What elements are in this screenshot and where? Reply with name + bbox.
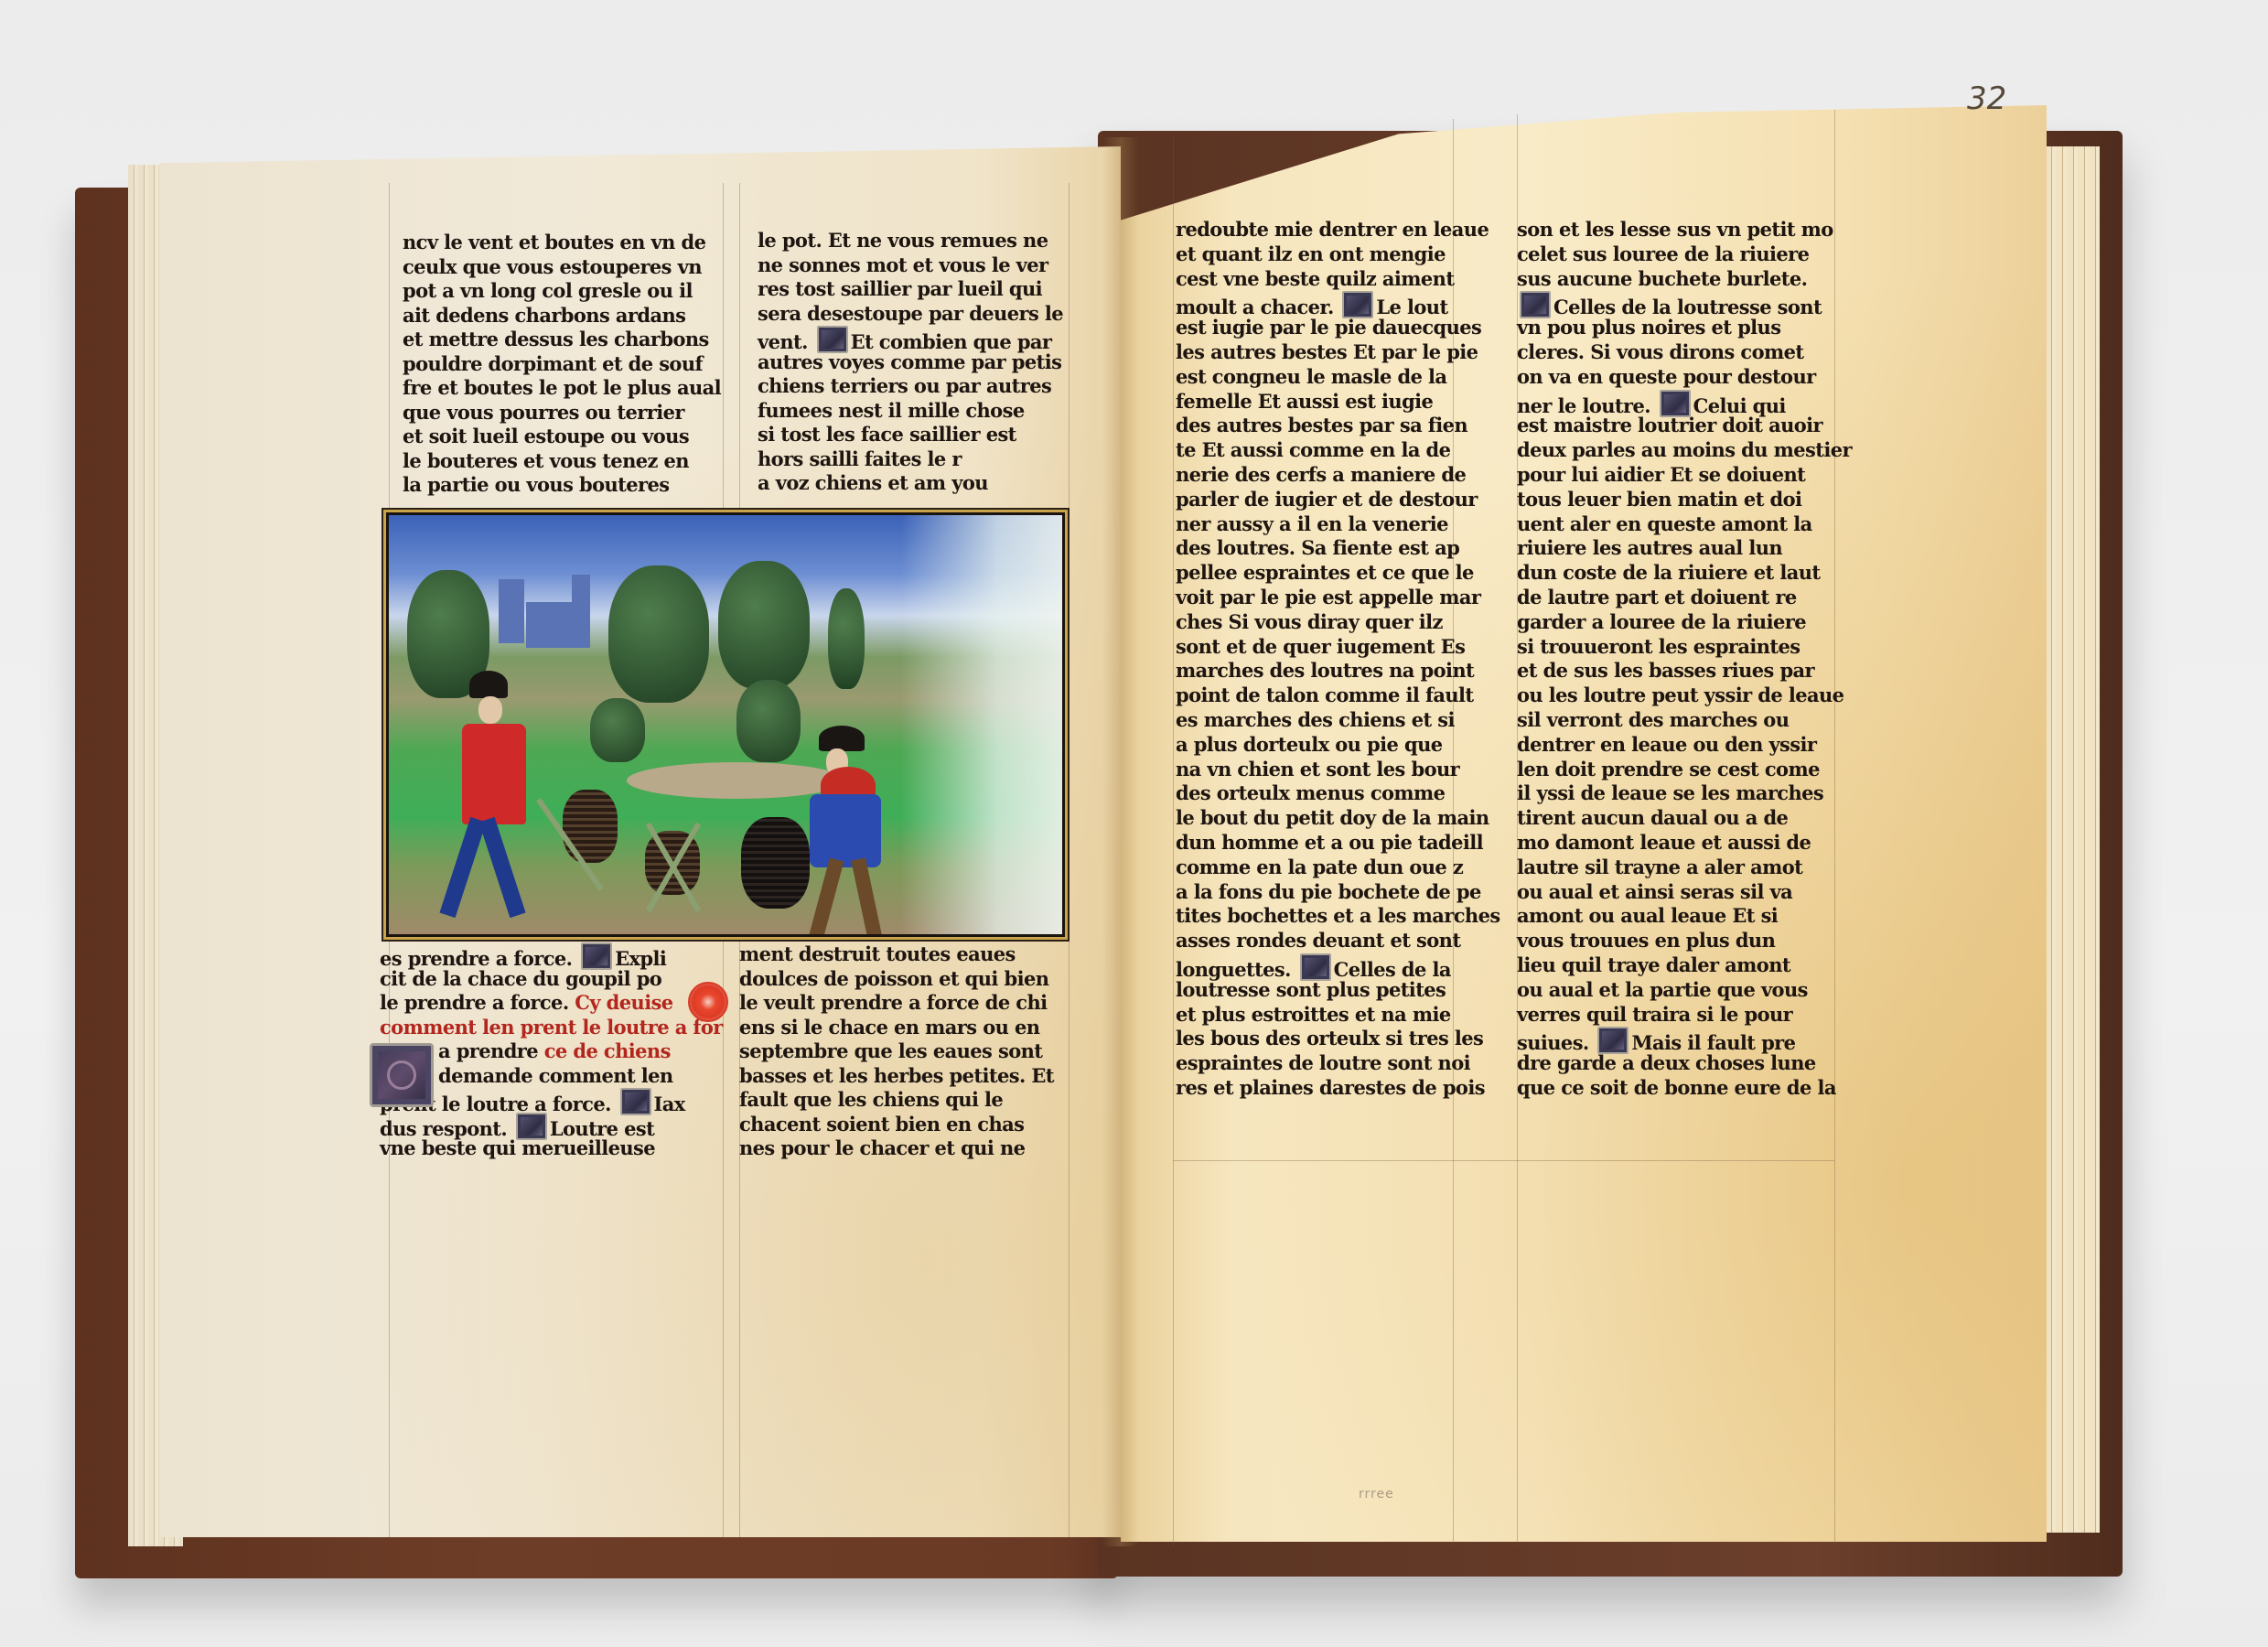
text-line: de lautre part et doiuent re — [1517, 586, 1852, 610]
text-span: comme en la pate dun oue z — [1176, 856, 1463, 878]
text-line: te Et aussi comme en la de — [1176, 438, 1500, 463]
text-span: septembre que les eaues sont — [739, 1039, 1042, 1062]
text-span: nerie des cerfs a maniere de — [1176, 463, 1466, 486]
text-span: vous trouues en plus dun — [1517, 929, 1775, 952]
text-span: verres quil traira si le pour — [1517, 1003, 1792, 1026]
text-span: lieu quil traye daler amont — [1517, 953, 1790, 976]
text-line: loutresse sont plus petites — [1176, 978, 1500, 1003]
text-line: point de talon comme il fault — [1176, 684, 1500, 708]
text-line: celet sus louree de la riuiere — [1517, 242, 1852, 267]
text-line: ens si le chace en mars ou en — [739, 1016, 1054, 1040]
text-line: nes pour le chacer et qui ne — [739, 1136, 1054, 1161]
text-line: nerie des cerfs a maniere de — [1176, 463, 1500, 488]
text-span: la partie ou vous bouteres — [403, 473, 669, 496]
text-span: amont ou aual leaue Et si — [1517, 904, 1778, 927]
text-span: les autres bestes Et par le pie — [1176, 340, 1478, 363]
text-span: ner aussy a il en la venerie — [1176, 512, 1448, 535]
text-span: est maistre loutrier doit auoir — [1517, 414, 1822, 436]
text-line: pellee espraintes et ce que le — [1176, 561, 1500, 586]
text-line: moult a chacer. Le lout — [1176, 291, 1500, 316]
book-gutter — [1102, 137, 1139, 1546]
text-line: a voz chiens et am you — [758, 471, 1063, 496]
text-line: tirent aucun daual ou a de — [1517, 806, 1852, 831]
leg-icon — [809, 857, 844, 937]
text-span: le bout du petit doy de la main — [1176, 806, 1489, 829]
text-line: dun homme et a ou pie tadeill — [1176, 831, 1500, 856]
text-line: a la fons du pie bochete de pe — [1176, 880, 1500, 905]
text-line: pouldre dorpimant et de souf — [403, 352, 721, 377]
face-icon — [478, 696, 502, 724]
text-line: ou les loutre peut yssir de leaue — [1517, 684, 1852, 708]
text-span: il yssi de leaue se les marches — [1517, 781, 1823, 804]
text-span: demande comment len — [438, 1064, 673, 1087]
text-line: basses et les herbes petites. Et — [739, 1064, 1054, 1089]
text-span: ou aual et la partie que vous — [1517, 978, 1808, 1001]
text-line: chacent soient bien en chas — [739, 1113, 1054, 1137]
text-span: de lautre part et doiuent re — [1517, 586, 1797, 608]
text-line: tous leuer bien matin et doi — [1517, 488, 1852, 512]
text-span: dun homme et a ou pie tadeill — [1176, 831, 1483, 854]
text-line: le prendre a force. Cy deuise — [380, 991, 723, 1016]
text-span: ne sonnes mot et vous le ver — [758, 253, 1048, 276]
text-line: voit par le pie est appelle mar — [1176, 586, 1500, 610]
hat-icon — [819, 726, 865, 751]
text-span: pot a vn long col gresle ou il — [403, 279, 693, 302]
text-line: cleres. Si vous dirons comet — [1517, 340, 1852, 365]
text-span: a voz chiens et am you — [758, 471, 988, 494]
text-line: pot a vn long col gresle ou il — [403, 279, 721, 304]
text-span: res tost saillier par lueil qui — [758, 277, 1042, 300]
text-span: tous leuer bien matin et doi — [1517, 488, 1801, 511]
text-line: le veult prendre a force de chi — [739, 991, 1054, 1016]
text-line: na vn chien et sont les bour — [1176, 758, 1500, 782]
text-line: sont et de quer iugement Es — [1176, 635, 1500, 660]
text-span: vn pou plus noires et plus — [1517, 316, 1780, 339]
text-line: dentrer en leaue ou den yssir — [1517, 733, 1852, 758]
text-span: te Et aussi comme en la de — [1176, 438, 1450, 461]
text-line: chiens terriers ou par autres — [758, 374, 1063, 399]
text-line: et mettre dessus les charbons — [403, 328, 721, 352]
text-line: et quant ilz en ont mengie — [1176, 242, 1500, 267]
text-span: fre et boutes le pot le plus aual — [403, 376, 721, 399]
text-span: le bouteres et vous tenez en — [403, 449, 689, 472]
text-span: garder a louree de la riuiere — [1517, 610, 1806, 633]
text-span: des loutres. Sa fiente est ap — [1176, 536, 1459, 559]
illuminated-initial-icon — [516, 1113, 547, 1140]
text-span: et mettre dessus les charbons — [403, 328, 709, 350]
text-span: ens si le chace en mars ou en — [739, 1016, 1039, 1039]
text-span: est iugie par le pie dauecques — [1176, 316, 1481, 339]
text-span: dentrer en leaue ou den yssir — [1517, 733, 1816, 756]
text-span: est congneu le masle de la — [1176, 365, 1446, 388]
text-span: celet sus louree de la riuiere — [1517, 242, 1809, 265]
text-span: que ce soit de bonne eure de la — [1517, 1076, 1836, 1099]
text-span: deux parles au moins du mestier — [1517, 438, 1852, 461]
hat-icon — [469, 671, 508, 698]
illuminated-initial-icon — [1520, 291, 1551, 318]
text-line: est maistre loutrier doit auoir — [1517, 414, 1852, 438]
text-line: cit de la chace du goupil po — [380, 967, 723, 992]
rubric-red-text: Cy deuise — [575, 991, 672, 1014]
text-line: les autres bestes Et par le pie — [1176, 340, 1500, 365]
leg-icon — [478, 817, 525, 918]
text-span: des autres bestes par sa fien — [1176, 414, 1467, 436]
text-line: asses rondes deuant et sont — [1176, 929, 1500, 953]
illuminated-initial-icon — [817, 326, 848, 353]
text-line: lautre sil trayne a aler amot — [1517, 856, 1852, 880]
text-span: si trouueront les espraintes — [1517, 635, 1800, 658]
text-line: ner aussy a il en la venerie — [1176, 512, 1500, 537]
rubric-red-text: ce de chiens — [544, 1039, 671, 1062]
text-span: ment destruit toutes eaues — [739, 942, 1016, 965]
text-line: ncv le vent et boutes en vn de — [403, 231, 721, 255]
text-span: le pot. Et ne vous remues ne — [758, 229, 1048, 252]
text-span: ait dedens charbons ardans — [403, 304, 685, 327]
text-span: fumees nest il mille chose — [758, 399, 1025, 422]
text-line: sera desestoupe par deuers le — [758, 302, 1063, 327]
leg-icon — [851, 857, 883, 937]
text-span: pouldre dorpimant et de souf — [403, 352, 703, 375]
text-line: vn pou plus noires et plus — [1517, 316, 1852, 340]
text-line: res tost saillier par lueil qui — [758, 277, 1063, 302]
text-line: et soit lueil estoupe ou vous — [403, 425, 721, 449]
castle-tower-icon — [572, 575, 590, 648]
text-span: que vous pourres ou terrier — [403, 401, 684, 424]
text-line: riuiere les autres aual lun — [1517, 536, 1852, 561]
text-span: vne beste qui merueilleuse — [380, 1136, 655, 1159]
text-line: vous trouues en plus dun — [1517, 929, 1852, 953]
text-span: parler de iugier et de destour — [1176, 488, 1478, 511]
text-span: tirent aucun daual ou a de — [1517, 806, 1788, 829]
castle-tower-icon — [499, 579, 524, 643]
text-line: fre et boutes le pot le plus aual — [403, 376, 721, 401]
text-line: ner le loutre. Celui qui — [1517, 390, 1852, 414]
text-line: vne beste qui merueilleuse — [380, 1136, 723, 1161]
text-line: ait dedens charbons ardans — [403, 304, 721, 328]
text-line: des orteulx menus comme — [1176, 781, 1500, 806]
text-line: si trouueront les espraintes — [1517, 635, 1852, 660]
ruling-line — [1173, 137, 1174, 1546]
illuminated-initial-icon — [1342, 291, 1373, 318]
red-library-stamp-icon — [688, 982, 728, 1022]
text-line: est congneu le masle de la — [1176, 365, 1500, 390]
text-span: cit de la chace du goupil po — [380, 967, 661, 990]
text-span: basses et les herbes petites. Et — [739, 1064, 1054, 1087]
faint-library-mark: rrree — [1359, 1487, 1394, 1502]
photo-glare — [901, 515, 1062, 934]
text-line: on va en queste pour destour — [1517, 365, 1852, 390]
text-line: uent aler en queste amont la — [1517, 512, 1852, 537]
illuminated-initial-icon — [1660, 390, 1691, 417]
text-line: suiues. Mais il fault pre — [1517, 1027, 1852, 1051]
text-line: ceulx que vous estouperes vn — [403, 255, 721, 280]
text-line: le bout du petit doy de la main — [1176, 806, 1500, 831]
text-line: dun coste de la riuiere et laut — [1517, 561, 1852, 586]
text-line: que ce soit de bonne eure de la — [1517, 1076, 1852, 1101]
text-span: mo damont leaue et aussi de — [1517, 831, 1811, 854]
text-span: a la fons du pie bochete de pe — [1176, 880, 1481, 903]
text-span: len doit prendre se cest come — [1517, 758, 1820, 780]
text-span: sus aucune buchete burlete. — [1517, 267, 1807, 290]
text-line: septembre que les eaues sont — [739, 1039, 1054, 1064]
text-line: fault que les chiens qui le — [739, 1088, 1054, 1113]
text-span: a prendre — [438, 1039, 544, 1062]
text-span: loutresse sont plus petites — [1176, 978, 1446, 1001]
text-span: es marches des chiens et si — [1176, 708, 1455, 731]
text-line: cest vne beste quilz aiment — [1176, 267, 1500, 292]
text-span: sera desestoupe par deuers le — [758, 302, 1063, 325]
text-span: autres voyes comme par petis — [758, 350, 1061, 373]
text-span: sil verront des marches ou — [1517, 708, 1789, 731]
text-line: ne sonnes mot et vous le ver — [758, 253, 1063, 278]
text-line: fumees nest il mille chose — [758, 399, 1063, 424]
text-line: les bous des orteulx si tres les — [1176, 1027, 1500, 1051]
text-line: parler de iugier et de destour — [1176, 488, 1500, 512]
tree-icon — [828, 588, 865, 689]
folio-number: 32 — [1967, 81, 2006, 117]
text-span: uent aler en queste amont la — [1517, 512, 1812, 535]
text-line: sil verront des marches ou — [1517, 708, 1852, 733]
text-line: la partie ou vous bouteres — [403, 473, 721, 498]
text-line: len doit prendre se cest come — [1517, 758, 1852, 782]
text-span: les bous des orteulx si tres les — [1176, 1027, 1483, 1050]
text-line: femelle Et aussi est iugie — [1176, 390, 1500, 414]
rubric-red-text: comment len prent le loutre a for — [380, 1016, 723, 1039]
text-span: doulces de poisson et qui bien — [739, 967, 1048, 990]
tree-icon — [718, 561, 810, 689]
text-line: ou aual et ainsi seras sil va — [1517, 880, 1852, 905]
large-illuminated-initial-L — [370, 1043, 434, 1107]
text-span: pellee espraintes et ce que le — [1176, 561, 1474, 584]
left-page-upper-column-2: le pot. Et ne vous remues nene sonnes mo… — [758, 229, 1063, 496]
text-line: amont ou aual leaue Et si — [1517, 904, 1852, 929]
text-line: Celles de la loutresse sont — [1517, 291, 1852, 316]
text-line: espraintes de loutre sont noi — [1176, 1051, 1500, 1076]
text-line: dre garde a deux choses lune — [1517, 1051, 1852, 1076]
text-line: redoubte mie dentrer en leaue — [1176, 218, 1500, 242]
ruling-line — [1069, 183, 1070, 1537]
text-span: espraintes de loutre sont noi — [1176, 1051, 1470, 1074]
text-line: pour lui aidier Et se doiuent — [1517, 463, 1852, 488]
text-line: es marches des chiens et si — [1176, 708, 1500, 733]
text-line: mo damont leaue et aussi de — [1517, 831, 1852, 856]
illuminated-initial-icon — [581, 942, 612, 970]
text-line: marches des loutres na point — [1176, 659, 1500, 684]
right-page-column-1: redoubte mie dentrer en leaueet quant il… — [1176, 218, 1500, 1101]
text-line: longuettes. Celles de la — [1176, 953, 1500, 978]
text-span: le veult prendre a force de chi — [739, 991, 1048, 1014]
text-span: fault que les chiens qui le — [739, 1088, 1003, 1111]
text-line: est iugie par le pie dauecques — [1176, 316, 1500, 340]
text-line: tites bochettes et a les marches — [1176, 904, 1500, 929]
text-span: des orteulx menus comme — [1176, 781, 1445, 804]
text-line: garder a louree de la riuiere — [1517, 610, 1852, 635]
text-line: sus aucune buchete burlete. — [1517, 267, 1852, 292]
text-span: dun coste de la riuiere et laut — [1517, 561, 1820, 584]
text-line: lieu quil traye daler amont — [1517, 953, 1852, 978]
text-span: et quant ilz en ont mengie — [1176, 242, 1446, 265]
text-span: ou les loutre peut yssir de leaue — [1517, 684, 1843, 706]
hunter-blue-tunic — [810, 794, 881, 867]
text-line: son et les lesse sus vn petit mo — [1517, 218, 1852, 242]
text-span: point de talon comme il fault — [1176, 684, 1474, 706]
tree-icon — [608, 565, 709, 703]
text-span: na vn chien et sont les bour — [1176, 758, 1459, 780]
bush-icon — [590, 698, 645, 762]
text-span: nes pour le chacer et qui ne — [739, 1136, 1025, 1159]
bush-icon — [736, 680, 801, 762]
ruling-line — [1173, 1160, 1834, 1161]
text-line: doulces de poisson et qui bien — [739, 967, 1054, 992]
text-line: des loutres. Sa fiente est ap — [1176, 536, 1500, 561]
text-line: ou aual et la partie que vous — [1517, 978, 1852, 1003]
text-line: que vous pourres ou terrier — [403, 401, 721, 425]
text-span: chacent soient bien en chas — [739, 1113, 1024, 1136]
text-span: pour lui aidier Et se doiuent — [1517, 463, 1805, 486]
illuminated-miniature-otter-hunt[interactable] — [386, 512, 1065, 937]
text-span: on va en queste pour destour — [1517, 365, 1816, 388]
text-line: il yssi de leaue se les marches — [1517, 781, 1852, 806]
text-span: et plus estroittes et na mie — [1176, 1003, 1451, 1026]
text-span: asses rondes deuant et sont — [1176, 929, 1460, 952]
text-span: cleres. Si vous dirons comet — [1517, 340, 1803, 363]
leg-icon — [439, 817, 486, 918]
text-span: ceulx que vous estouperes vn — [403, 255, 702, 278]
text-span: tites bochettes et a les marches — [1176, 904, 1500, 927]
text-span: dre garde a deux choses lune — [1517, 1051, 1816, 1074]
text-span: le prendre a force. — [380, 991, 575, 1014]
text-span: et soit lueil estoupe ou vous — [403, 425, 689, 447]
text-span: marches des loutres na point — [1176, 659, 1474, 682]
text-span: cest vne beste quilz aiment — [1176, 267, 1454, 290]
text-line: ment destruit toutes eaues — [739, 942, 1054, 967]
hunter-red-tunic — [462, 724, 526, 824]
text-span: si tost les face saillier est — [758, 423, 1016, 446]
text-line: a plus dorteulx ou pie que — [1176, 733, 1500, 758]
text-line: des autres bestes par sa fien — [1176, 414, 1500, 438]
text-line: dus respont. Loutre est — [380, 1113, 723, 1137]
wicker-basket-trap-dark — [741, 817, 810, 909]
text-span: voit par le pie est appelle mar — [1176, 586, 1480, 608]
text-span: res et plaines darestes de pois — [1176, 1076, 1485, 1099]
text-span: hors sailli faites le r — [758, 447, 962, 470]
text-line: vent. Et combien que par — [758, 326, 1063, 350]
left-page-upper-column-1: ncv le vent et boutes en vn deceulx que … — [403, 231, 721, 498]
text-line: deux parles au moins du mestier — [1517, 438, 1852, 463]
text-line: ches Si vous diray quer ilz — [1176, 610, 1500, 635]
text-line: et plus estroittes et na mie — [1176, 1003, 1500, 1028]
text-span: redoubte mie dentrer en leaue — [1176, 218, 1489, 241]
text-line: res et plaines darestes de pois — [1176, 1076, 1500, 1101]
text-line: comme en la pate dun oue z — [1176, 856, 1500, 880]
right-page-column-2: son et les lesse sus vn petit mocelet su… — [1517, 218, 1852, 1101]
text-span: riuiere les autres aual lun — [1517, 536, 1782, 559]
text-line: es prendre a force. Expli — [380, 942, 723, 967]
text-span: ncv le vent et boutes en vn de — [403, 231, 705, 253]
text-line: et de sus les basses riues par — [1517, 659, 1852, 684]
text-span: sont et de quer iugement Es — [1176, 635, 1465, 658]
text-line: hors sailli faites le r — [758, 447, 1063, 472]
text-line: comment len prent le loutre a for — [380, 1016, 723, 1040]
text-span: Iax — [654, 1093, 685, 1115]
text-span: et de sus les basses riues par — [1517, 659, 1814, 682]
text-line: verres quil traira si le pour — [1517, 1003, 1852, 1028]
text-span: ou aual et ainsi seras sil va — [1517, 880, 1792, 903]
text-span: chiens terriers ou par autres — [758, 374, 1051, 397]
left-page-lower-column-2: ment destruit toutes eauesdoulces de poi… — [739, 942, 1054, 1161]
text-line: autres voyes comme par petis — [758, 350, 1063, 375]
illuminated-initial-icon — [620, 1088, 651, 1115]
illuminated-initial-icon — [1597, 1027, 1628, 1054]
text-span: ches Si vous diray quer ilz — [1176, 610, 1443, 633]
text-span: lautre sil trayne a aler amot — [1517, 856, 1802, 878]
text-line: si tost les face saillier est — [758, 423, 1063, 447]
text-span: femelle Et aussi est iugie — [1176, 390, 1433, 413]
dirt-path — [627, 762, 846, 799]
text-line: le bouteres et vous tenez en — [403, 449, 721, 474]
illuminated-initial-icon — [1300, 953, 1331, 981]
page-edges-right — [2045, 146, 2100, 1533]
text-span: son et les lesse sus vn petit mo — [1517, 218, 1833, 241]
text-line: le pot. Et ne vous remues ne — [758, 229, 1063, 253]
text-span: a plus dorteulx ou pie que — [1176, 733, 1443, 756]
